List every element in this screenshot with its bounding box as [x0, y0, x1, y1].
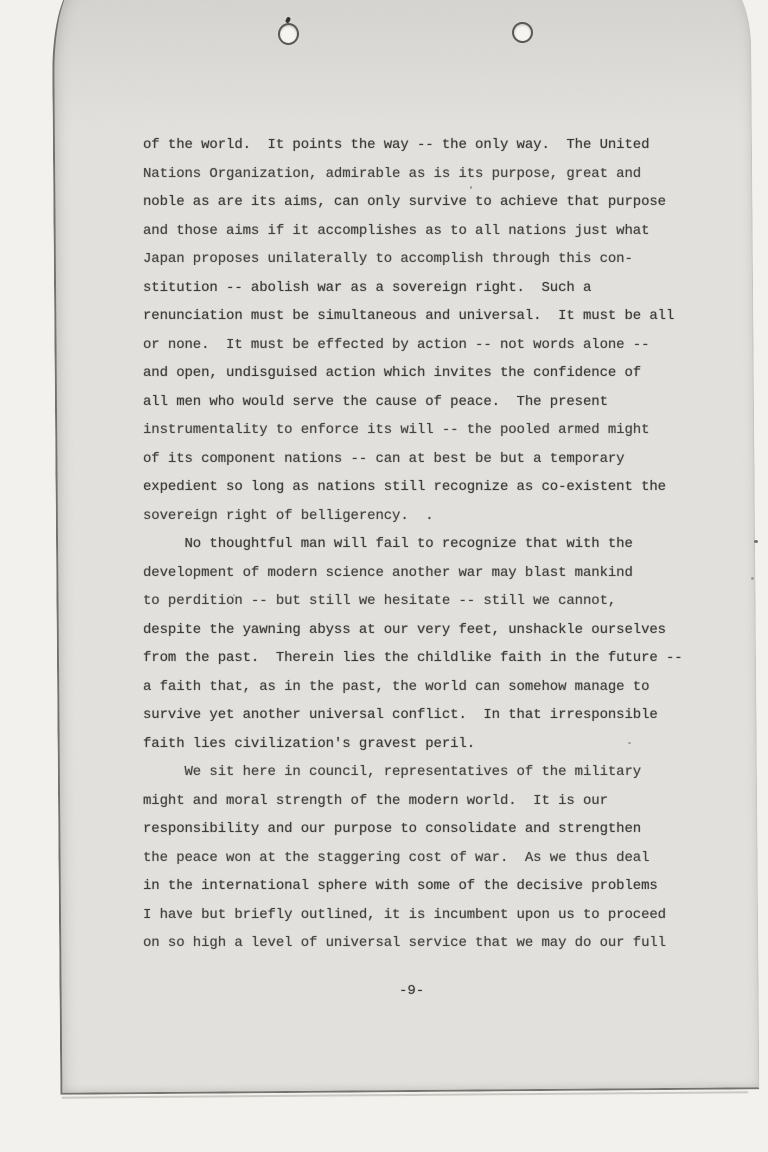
- text-line: renunciation must be simultaneous and un…: [143, 302, 723, 331]
- text-line: instrumentality to enforce its will -- t…: [143, 416, 723, 445]
- text-line: stitution -- abolish war as a sovereign …: [143, 274, 723, 303]
- text-line: on so high a level of universal service …: [143, 929, 723, 958]
- page-top-shading: [54, 0, 751, 135]
- text-line: in the international sphere with some of…: [143, 872, 723, 901]
- text-line: all men who would serve the cause of pea…: [143, 388, 723, 417]
- text-line: might and moral strength of the modern w…: [143, 787, 723, 816]
- scan-speck: [233, 594, 235, 596]
- scanned-document: of the world. It points the way -- the o…: [0, 0, 768, 1152]
- document-body: of the world. It points the way -- the o…: [143, 131, 723, 958]
- text-line: responsibility and our purpose to consol…: [143, 815, 723, 844]
- text-line: of the world. It points the way -- the o…: [143, 131, 723, 160]
- text-line: the peace won at the staggering cost of …: [143, 844, 723, 873]
- scan-speck: [470, 186, 472, 189]
- text-line: expedient so long as nations still recog…: [143, 473, 723, 502]
- scan-speck: [751, 577, 754, 580]
- text-line: Japan proposes unilaterally to accomplis…: [143, 245, 723, 274]
- text-line: survive yet another universal conflict. …: [143, 701, 723, 730]
- text-line: faith lies civilization's gravest peril.: [143, 730, 723, 759]
- text-line: sovereign right of belligerency. .: [143, 502, 723, 531]
- text-line: development of modern science another wa…: [143, 559, 723, 588]
- text-line: from the past. Therein lies the childlik…: [143, 644, 723, 673]
- text-line: or none. It must be effected by action -…: [143, 331, 723, 360]
- text-line: Nations Organization, admirable as is it…: [143, 160, 723, 189]
- text-line: despite the yawning abyss at our very fe…: [143, 616, 723, 645]
- text-line: I have but briefly outlined, it is incum…: [143, 901, 723, 930]
- scan-speck: [754, 540, 758, 543]
- text-line: a faith that, as in the past, the world …: [143, 673, 723, 702]
- page-number: -9-: [399, 981, 424, 1001]
- scan-speck: [628, 742, 631, 744]
- text-line: No thoughtful man will fail to recognize…: [143, 530, 723, 559]
- text-line: We sit here in council, representatives …: [143, 758, 723, 787]
- text-line: and those aims if it accomplishes as to …: [143, 217, 723, 246]
- text-line: and open, undisguised action which invit…: [143, 359, 723, 388]
- text-line: noble as are its aims, can only survive …: [143, 188, 723, 217]
- text-line: of its component nations -- can at best …: [143, 445, 723, 474]
- text-line: to perdition -- but still we hesitate --…: [143, 587, 723, 616]
